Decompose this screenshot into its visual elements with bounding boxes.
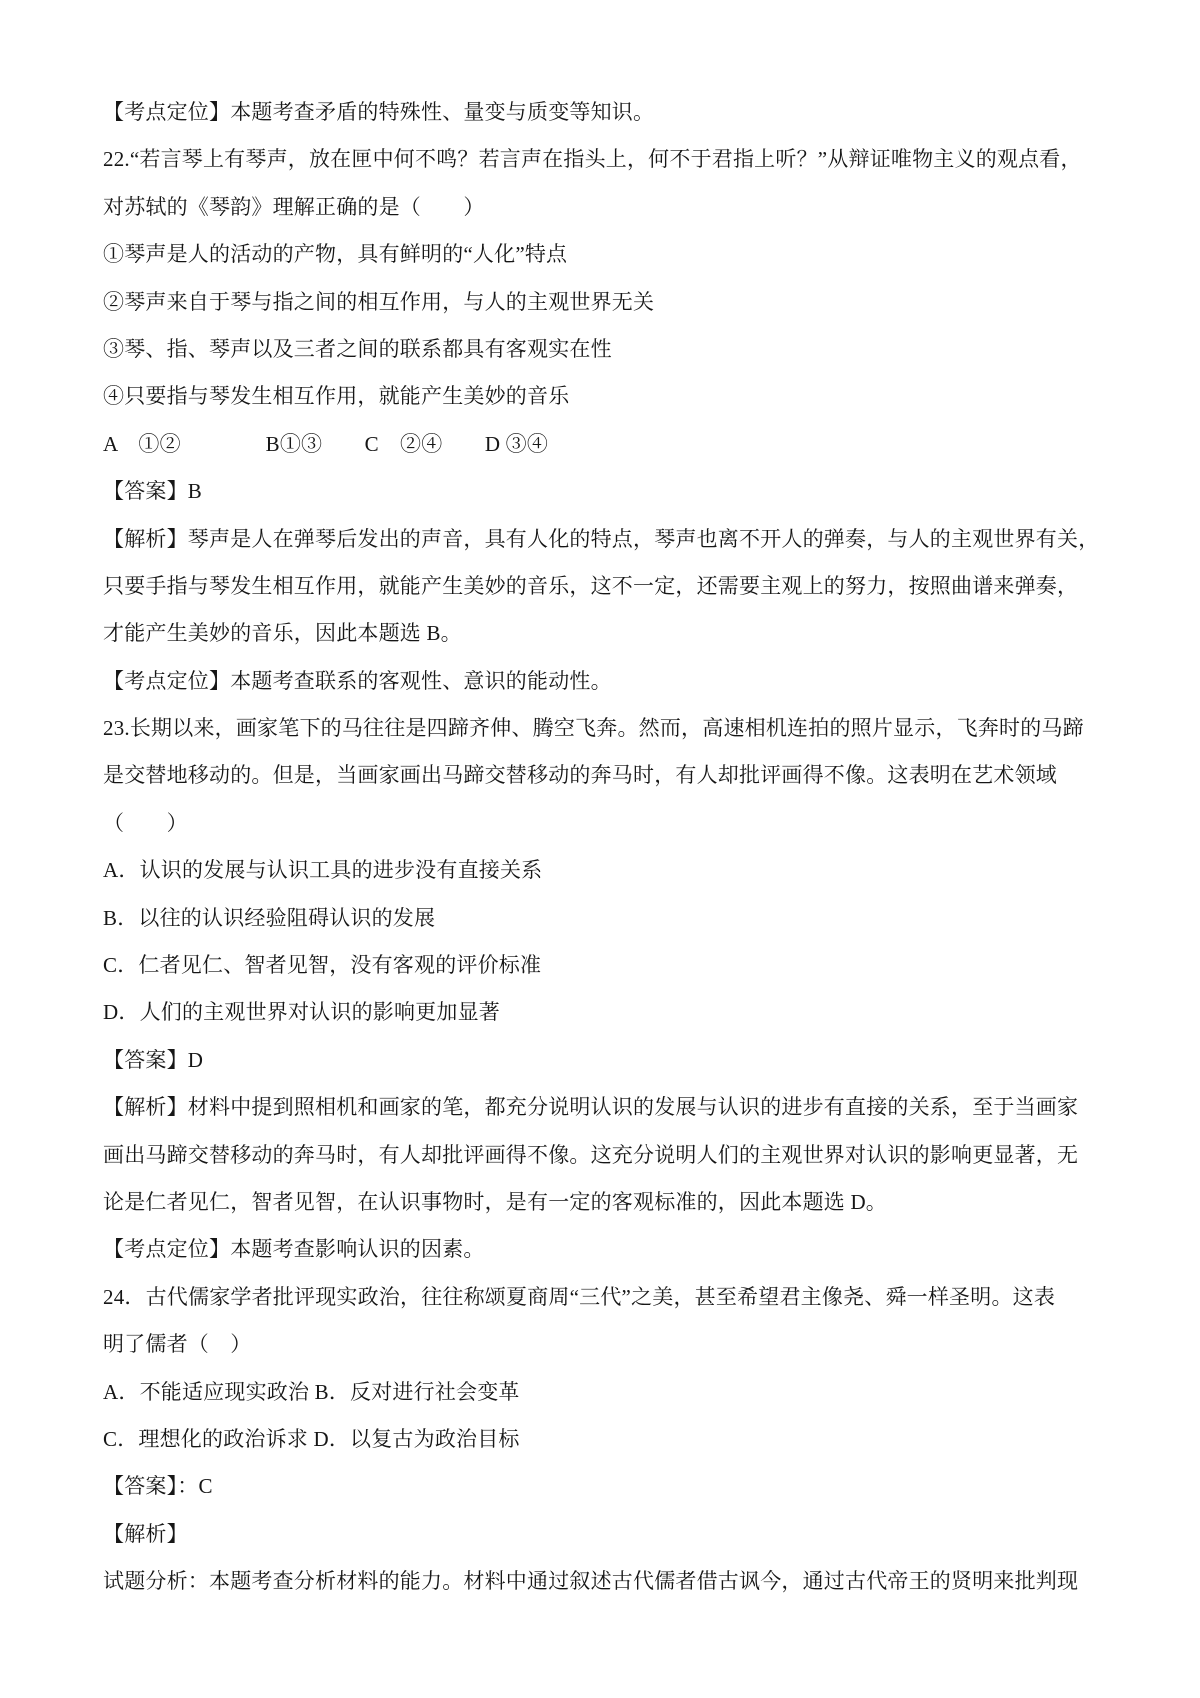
question-22-stem-line-1: 22.“若言琴上有琴声，放在匣中何不鸣？若言声在指头上，何不于君指上听？”从辩证… — [103, 136, 1108, 183]
question-24-analysis-line-1: 试题分析：本题考查分析材料的能力。材料中通过叙述古代儒者借古讽今，通过古代帝王的… — [103, 1558, 1108, 1605]
exam-point-note-q21: 【考点定位】本题考查矛盾的特殊性、量变与质变等知识。 — [103, 89, 1108, 136]
question-22-item-3: ③琴、指、琴声以及三者之间的联系都具有客观实在性 — [103, 326, 1108, 373]
question-23-stem-line-3: （ ） — [103, 800, 1108, 847]
document-page: 【考点定位】本题考查矛盾的特殊性、量变与质变等知识。 22.“若言琴上有琴声，放… — [0, 0, 1200, 1698]
question-22-answer: 【答案】B — [103, 468, 1108, 515]
question-23-option-c: C．仁者见仁、智者见智，没有客观的评价标准 — [103, 942, 1108, 989]
question-22-analysis-line-3: 才能产生美妙的音乐，因此本题选 B。 — [103, 610, 1108, 657]
exam-point-note-q22: 【考点定位】本题考查联系的客观性、意识的能动性。 — [103, 658, 1108, 705]
question-22-option-row: A ①② B①③ C ②④ D ③④ — [103, 421, 1108, 468]
question-24-options-cd: C．理想化的政治诉求 D．以复古为政治目标 — [103, 1416, 1108, 1463]
question-22-item-1: ①琴声是人的活动的产物，具有鲜明的“人化”特点 — [103, 231, 1108, 278]
question-23-analysis-line-3: 论是仁者见仁，智者见智，在认识事物时，是有一定的客观标准的，因此本题选 D。 — [103, 1179, 1108, 1226]
question-22-analysis-line-2: 只要手指与琴发生相互作用，就能产生美妙的音乐，这不一定，还需要主观上的努力，按照… — [103, 563, 1108, 610]
question-24-analysis-label: 【解析】 — [103, 1511, 1108, 1558]
question-23-stem-line-1: 23.长期以来，画家笔下的马往往是四蹄齐伸、腾空飞奔。然而，高速相机连拍的照片显… — [103, 705, 1108, 752]
question-22-stem-line-2: 对苏轼的《琴韵》理解正确的是（ ） — [103, 184, 1108, 231]
question-22-analysis-line-1: 【解析】琴声是人在弹琴后发出的声音，具有人化的特点，琴声也离不开人的弹奏，与人的… — [103, 516, 1108, 563]
question-24-options-ab: A．不能适应现实政治 B．反对进行社会变革 — [103, 1369, 1108, 1416]
question-23-option-d: D．人们的主观世界对认识的影响更加显著 — [103, 989, 1108, 1036]
question-23-option-a: A．认识的发展与认识工具的进步没有直接关系 — [103, 847, 1108, 894]
question-22-item-2: ②琴声来自于琴与指之间的相互作用，与人的主观世界无关 — [103, 279, 1108, 326]
question-23-analysis-line-1: 【解析】材料中提到照相机和画家的笔，都充分说明认识的发展与认识的进步有直接的关系… — [103, 1084, 1108, 1131]
question-23-analysis-line-2: 画出马蹄交替移动的奔马时，有人却批评画得不像。这充分说明人们的主观世界对认识的影… — [103, 1132, 1108, 1179]
question-23-answer: 【答案】D — [103, 1037, 1108, 1084]
question-23-option-b: B．以往的认识经验阻碍认识的发展 — [103, 895, 1108, 942]
question-24-stem-line-2: 明了儒者（ ） — [103, 1321, 1108, 1368]
question-24-stem-line-1: 24．古代儒家学者批评现实政治，往往称颂夏商周“三代”之美，甚至希望君主像尧、舜… — [103, 1274, 1108, 1321]
exam-point-note-q23: 【考点定位】本题考查影响认识的因素。 — [103, 1226, 1108, 1273]
question-22-item-4: ④只要指与琴发生相互作用，就能产生美妙的音乐 — [103, 373, 1108, 420]
question-23-stem-line-2: 是交替地移动的。但是，当画家画出马蹄交替移动的奔马时，有人却批评画得不像。这表明… — [103, 752, 1108, 799]
question-24-answer: 【答案】：C — [103, 1463, 1108, 1510]
